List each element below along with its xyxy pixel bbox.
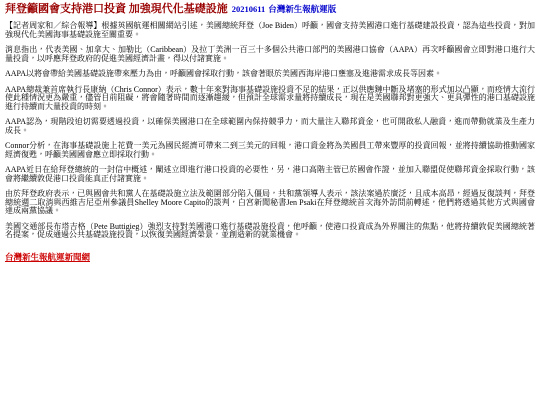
article-paragraph: Connor分析，在海事基礎設施上花費一美元為國民經濟可帶來二到三美元的回報，港… (5, 142, 535, 159)
article-title: 拜登籲國會支持港口投資 加強現代化基礎設施20210611台灣新生報航運版 (5, 3, 535, 16)
article-paragraph: AAPA認為，現階段迫切需要透過投資，以確保美國港口在全球範圍內保持競爭力，而大… (5, 118, 535, 135)
footer-news-link[interactable]: 台灣新生報航運新聞網 (5, 253, 90, 262)
article-paragraph: AAPA總裁兼首席執行長康納（Chris Connor）表示，數十年來對海事基礎… (5, 86, 535, 112)
article-paragraph: 消息指出，代表美國、加拿大、加勒比（Caribbean）及拉丁美洲一百三十多個公… (5, 46, 535, 63)
article-page: 拜登籲國會支持港口投資 加強現代化基礎設施20210611台灣新生報航運版 【記… (0, 0, 540, 265)
article-paragraph: AAPA近日在給拜登總統的一封信中概述，闡述立即進行港口投資的必要性，另，港口高… (5, 166, 535, 183)
article-body: 【記者周家和／綜合報導】根據英國航運相關網站引述，美國總統拜登（Joe Bide… (5, 22, 535, 240)
article-source: 台灣新生報航運版 (268, 4, 336, 14)
article-paragraph: 【記者周家和／綜合報導】根據英國航運相關網站引述，美國總統拜登（Joe Bide… (5, 22, 535, 39)
article-meta: 20210611台灣新生報航運版 (232, 4, 337, 14)
article-paragraph: 由於拜登政府表示，已與國會共和黨人在基礎設施立法及範圍部分陷入僵局，共和黨領導人… (5, 190, 535, 216)
article-paragraph: AAPA以將會帶給美國基礎設施帶來壓力為由，呼籲國會採取行動，該會著眼於美國西海… (5, 70, 535, 79)
article-date: 20210611 (232, 4, 266, 14)
article-title-text: 拜登籲國會支持港口投資 加強現代化基礎設施 (5, 3, 228, 15)
article-paragraph: 美國交通部長布塔吉格（Pete Buttigieg）強烈支持對美國港口進行基礎設… (5, 223, 535, 240)
